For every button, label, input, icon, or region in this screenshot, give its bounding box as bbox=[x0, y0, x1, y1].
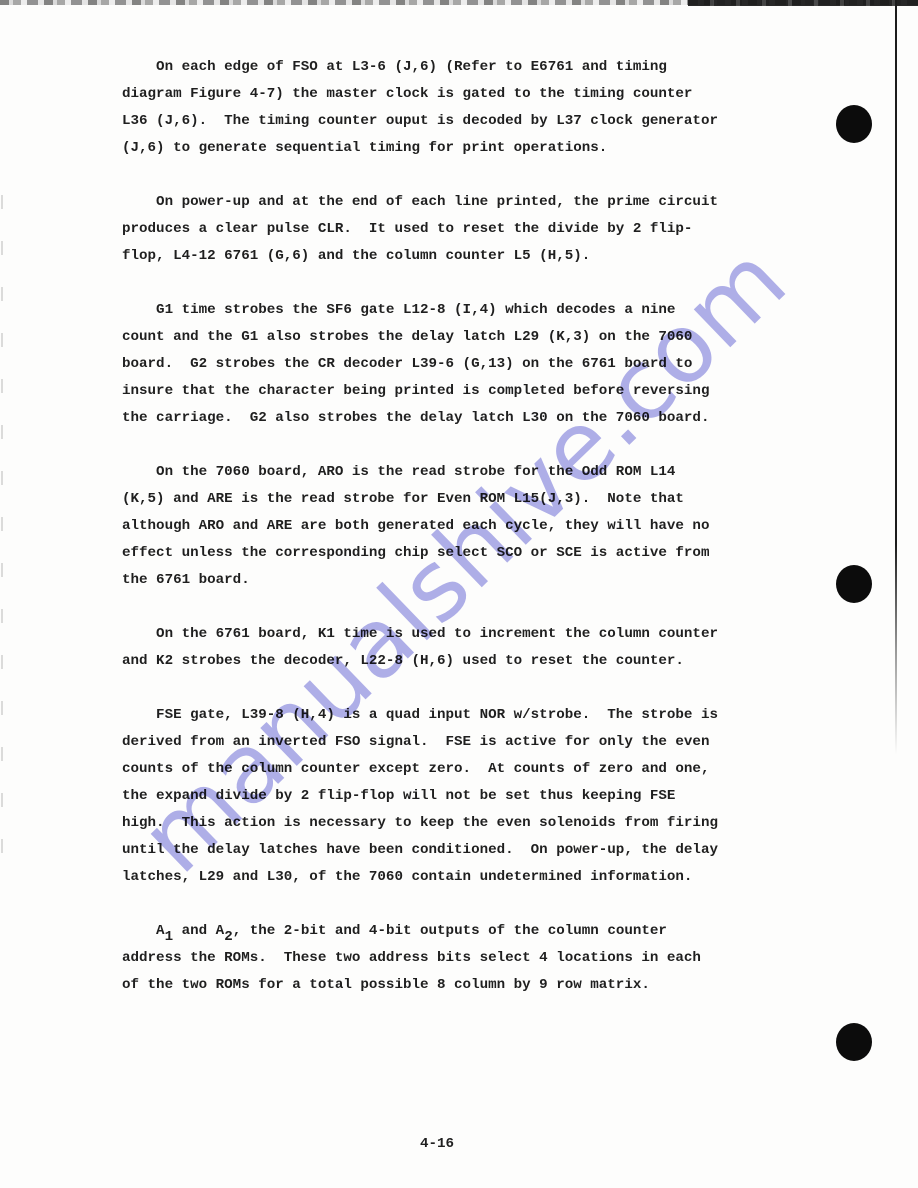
scanned-page: manualshive.com On each edge of FSO at L… bbox=[0, 0, 918, 1188]
text-line: diagram Figure 4-7) the master clock is … bbox=[122, 81, 718, 108]
scan-artifact-page-edge-line bbox=[895, 0, 897, 755]
text-line: the 6761 board. bbox=[122, 567, 718, 594]
text-line: flop, L4-12 6761 (G,6) and the column co… bbox=[122, 243, 718, 270]
page-number: 4-16 bbox=[420, 1131, 454, 1158]
text-line: On the 7060 board, ARO is the read strob… bbox=[122, 459, 718, 486]
blank-line bbox=[122, 594, 718, 621]
text-line: FSE gate, L39-8 (H,4) is a quad input NO… bbox=[122, 702, 718, 729]
text-line: On power-up and at the end of each line … bbox=[122, 189, 718, 216]
document-body: On each edge of FSO at L3-6 (J,6) (Refer… bbox=[122, 54, 718, 999]
text-line: insure that the character being printed … bbox=[122, 378, 718, 405]
punch-hole-dot bbox=[836, 565, 872, 603]
text-line: G1 time strobes the SF6 gate L12-8 (I,4)… bbox=[122, 297, 718, 324]
blank-line bbox=[122, 432, 718, 459]
text-line: latches, L29 and L30, of the 7060 contai… bbox=[122, 864, 718, 891]
text-line: (K,5) and ARE is the read strobe for Eve… bbox=[122, 486, 718, 513]
text-line: L36 (J,6). The timing counter ouput is d… bbox=[122, 108, 718, 135]
text-line: On each edge of FSO at L3-6 (J,6) (Refer… bbox=[122, 54, 718, 81]
text-line: high. This action is necessary to keep t… bbox=[122, 810, 718, 837]
text-line: address the ROMs. These two address bits… bbox=[122, 945, 718, 972]
blank-line bbox=[122, 270, 718, 297]
text-line: board. G2 strobes the CR decoder L39-6 (… bbox=[122, 351, 718, 378]
blank-line bbox=[122, 891, 718, 918]
text-line: although ARO and ARE are both generated … bbox=[122, 513, 718, 540]
text-line: A1 and A2, the 2-bit and 4-bit outputs o… bbox=[122, 918, 718, 945]
blank-line bbox=[122, 162, 718, 189]
text-line: counts of the column counter except zero… bbox=[122, 756, 718, 783]
text-line: On the 6761 board, K1 time is used to in… bbox=[122, 621, 718, 648]
text-line: produces a clear pulse CLR. It used to r… bbox=[122, 216, 718, 243]
punch-hole-dot bbox=[836, 105, 872, 143]
text-line: (J,6) to generate sequential timing for … bbox=[122, 135, 718, 162]
text-line: the expand divide by 2 flip-flop will no… bbox=[122, 783, 718, 810]
text-line: count and the G1 also strobes the delay … bbox=[122, 324, 718, 351]
text-line: until the delay latches have been condit… bbox=[122, 837, 718, 864]
text-line: of the two ROMs for a total possible 8 c… bbox=[122, 972, 718, 999]
scan-artifact-top-edge-dark bbox=[688, 0, 918, 6]
text-line: the carriage. G2 also strobes the delay … bbox=[122, 405, 718, 432]
blank-line bbox=[122, 675, 718, 702]
scan-artifact-left-edge bbox=[1, 195, 3, 865]
punch-hole-dot bbox=[836, 1023, 872, 1061]
text-line: effect unless the corresponding chip sel… bbox=[122, 540, 718, 567]
text-line: derived from an inverted FSO signal. FSE… bbox=[122, 729, 718, 756]
text-line: and K2 strobes the decoder, L22-8 (H,6) … bbox=[122, 648, 718, 675]
